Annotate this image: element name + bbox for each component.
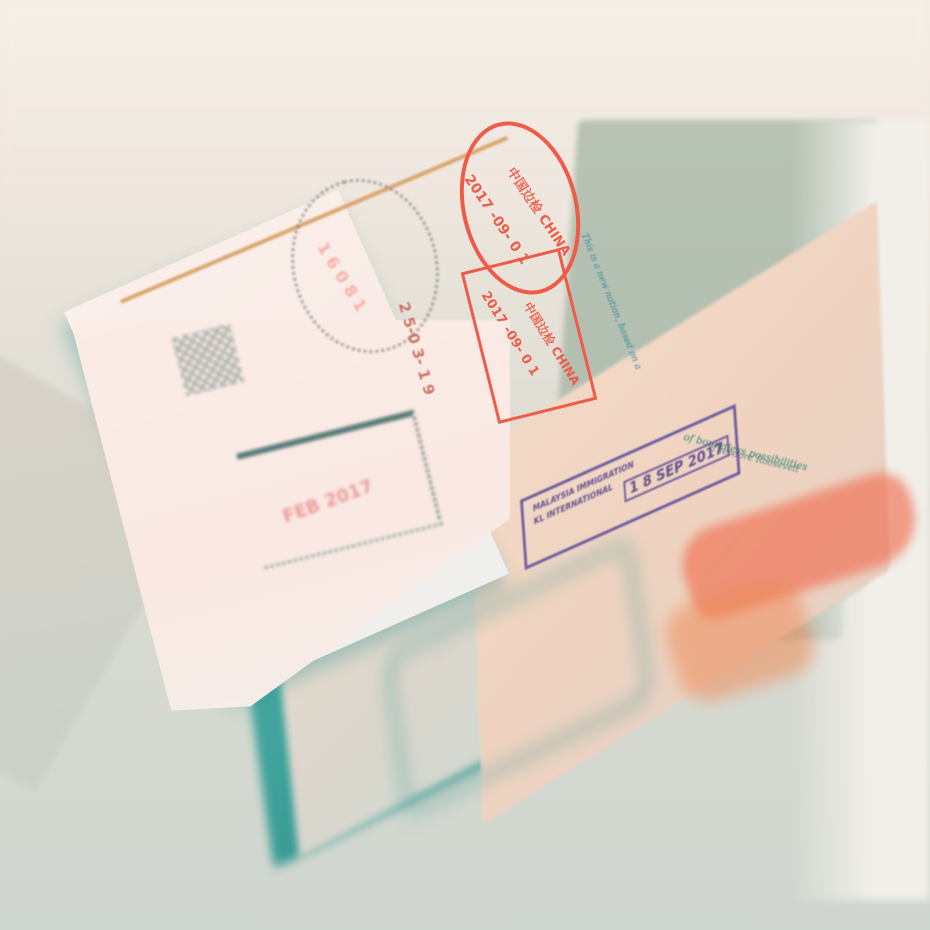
grey-stamp-chars: 1 6 0 8 1 <box>313 239 370 315</box>
photo-scene: 1 6 0 8 1 2017 -09- 0 1 中国边检 CHINA 2017 … <box>0 0 930 930</box>
teal-stamp-date: FEB 2017 <box>280 476 376 528</box>
